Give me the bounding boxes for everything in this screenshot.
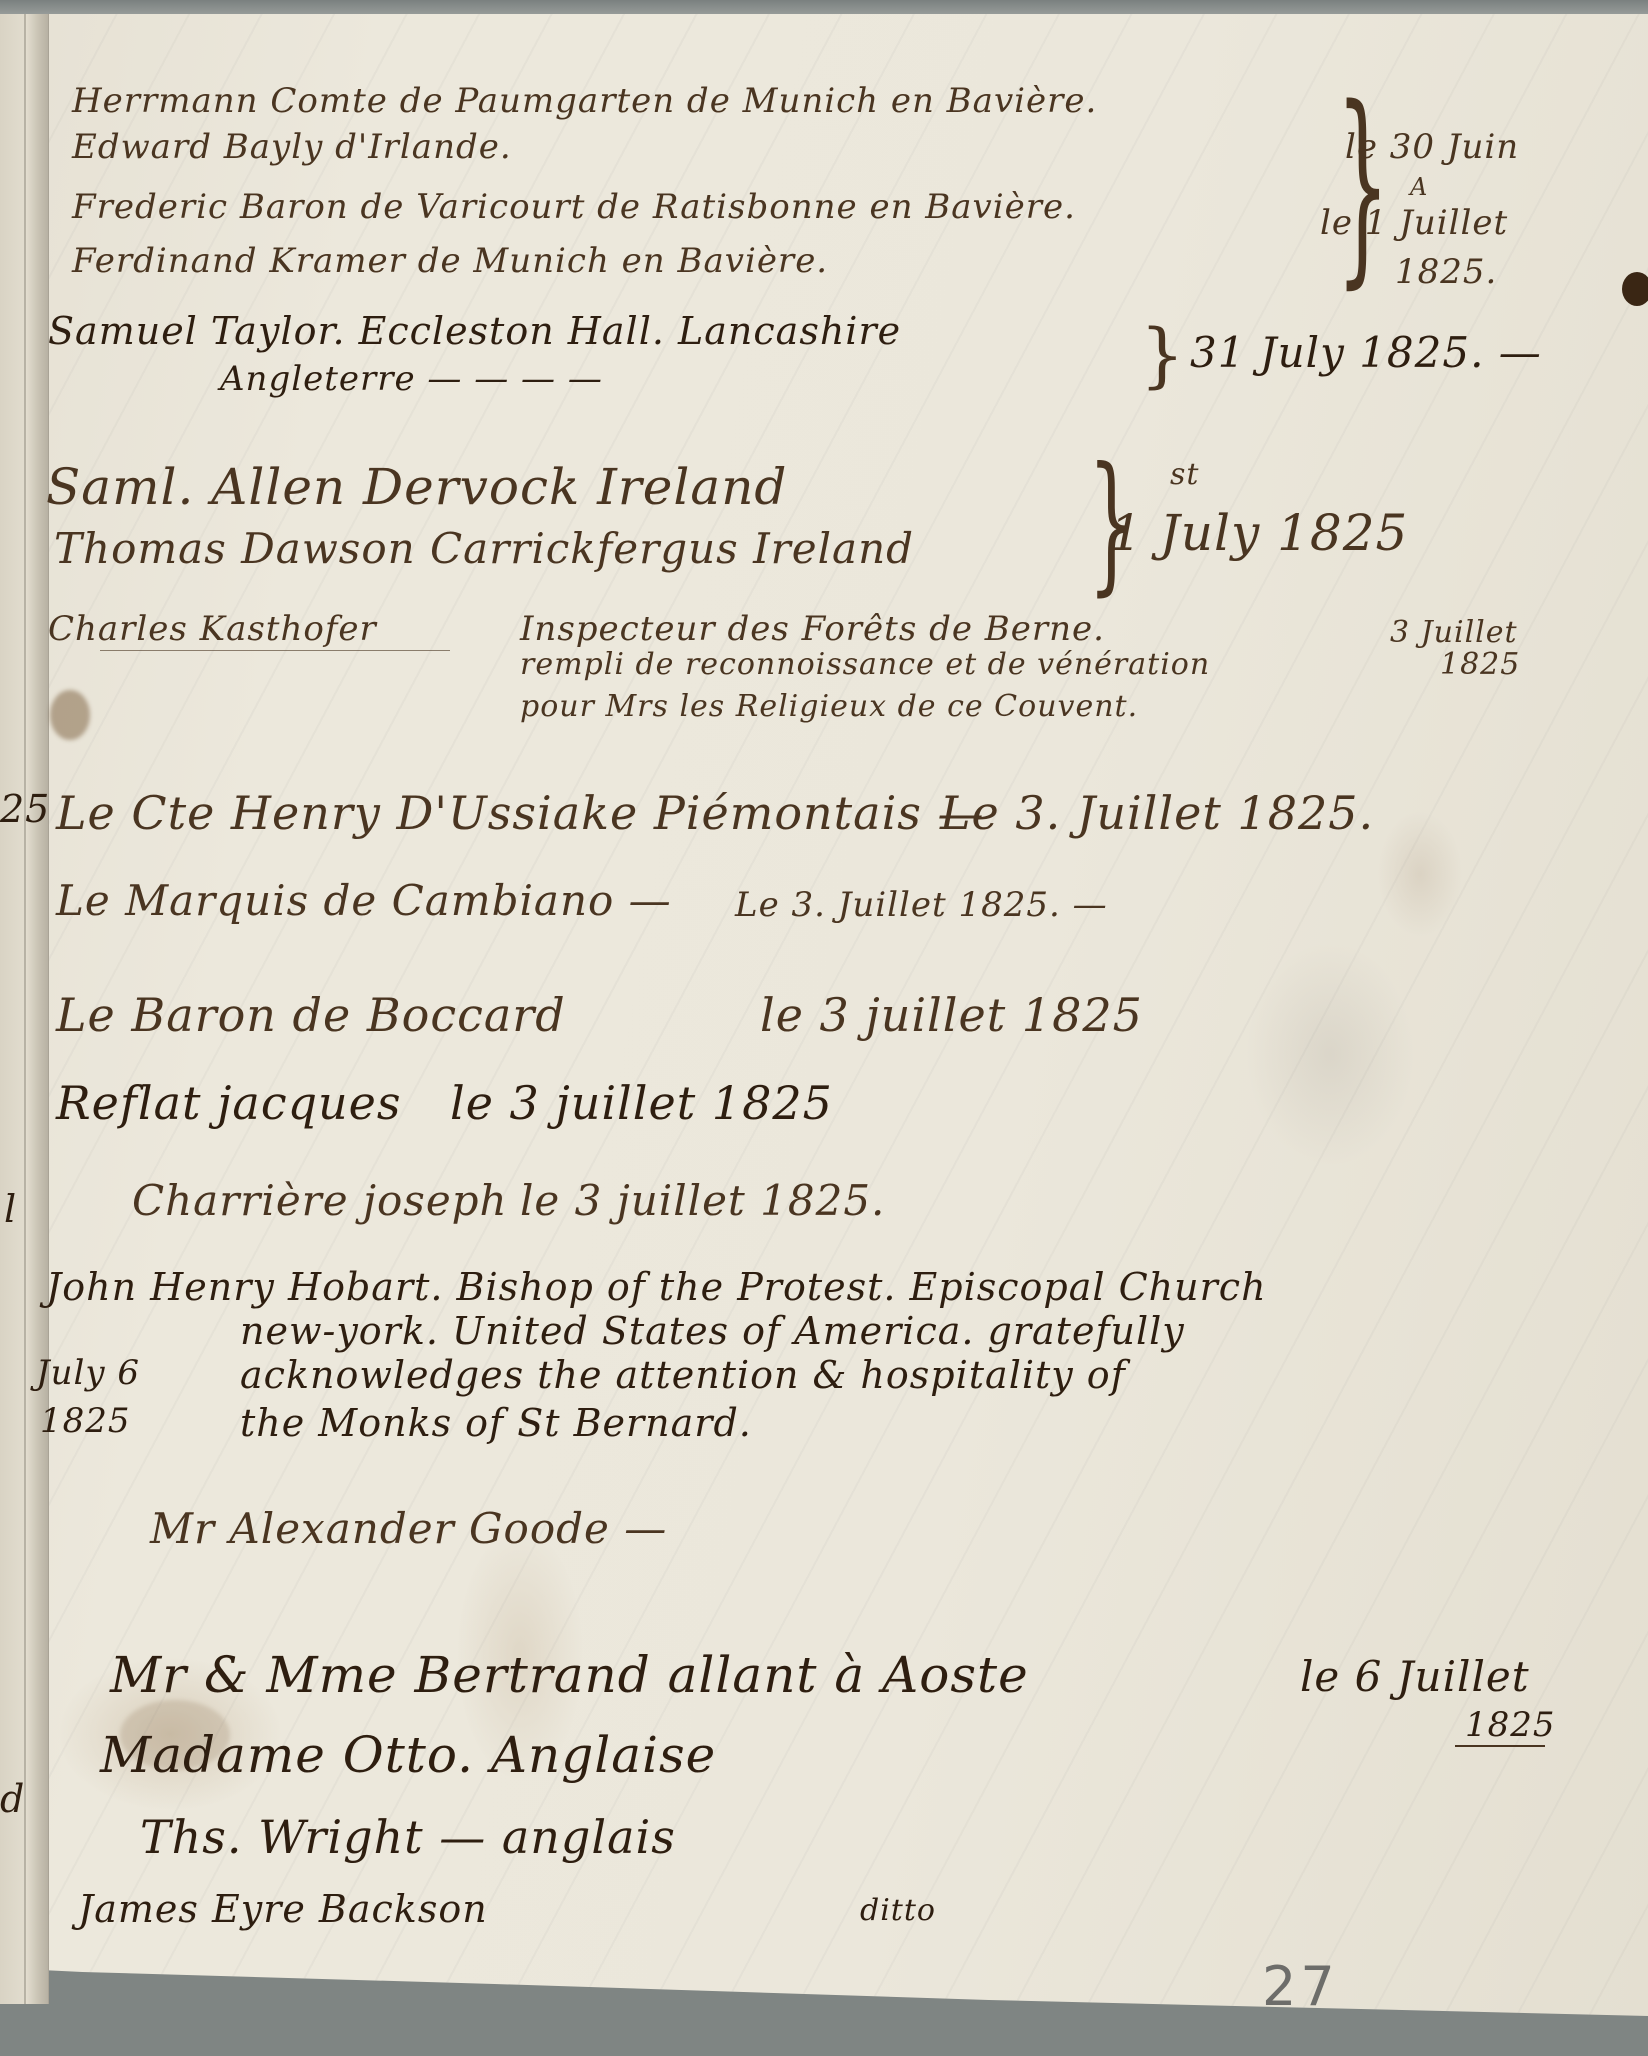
ink-stain — [50, 690, 90, 740]
entry-line: Inspecteur des Forêts de Berne. — [520, 612, 1105, 646]
entry-date: Le 3. Juillet 1825. — — [735, 888, 1108, 922]
entry-line: Mr & Mme Bertrand allant à Aoste — [110, 1650, 1029, 1700]
entry-date-suffix: st — [1170, 460, 1199, 490]
entry-line: Saml. Allen Dervock Ireland — [46, 462, 787, 512]
underline — [100, 650, 450, 651]
entry-line: Herrmann Comte de Paumgarten de Munich e… — [72, 84, 1097, 118]
entry-line: Le Baron de Boccard — [56, 992, 566, 1038]
entry-line: Charrière joseph — [132, 1180, 508, 1222]
entry-date: le 3 juillet 1825 — [450, 1080, 833, 1126]
bracket-glyph: } — [1140, 320, 1185, 390]
entry-date: le 30 Juin — [1345, 130, 1519, 164]
entry-line: Mr Alexander Goode — — [150, 1508, 667, 1550]
entry-line: Reflat jacques — [56, 1080, 401, 1126]
entry-line: Thomas Dawson Carrickfergus Ireland — [54, 528, 914, 570]
entry-line: James Eyre Backson — [78, 1890, 488, 1928]
entry-date: le 6 Juillet — [1300, 1656, 1530, 1698]
binding-fold-line — [24, 14, 26, 2004]
entry-date: 1825 — [1440, 650, 1520, 680]
entry-date: 1 July 1825 — [1110, 508, 1408, 558]
margin-date: 1825 — [40, 1404, 131, 1438]
entry-line: Angleterre — — — — — [220, 362, 603, 396]
entry-line: pour Mrs les Religieux de ce Couvent. — [520, 692, 1138, 722]
entry-line: Madame Otto. Anglaise — [100, 1730, 716, 1780]
entry-line: acknowledges the attention & hospitality… — [240, 1356, 1126, 1394]
entry-line: Edward Bayly d'Irlande. — [72, 130, 512, 164]
entry-date: A — [1410, 175, 1428, 199]
facing-page-fragment: d — [0, 1780, 25, 1818]
entry-line: the Monks of St Bernard. — [240, 1404, 752, 1442]
entry-line: Frederic Baron de Varicourt de Ratisbonn… — [72, 190, 1076, 224]
entry-date: 1825 — [1465, 1708, 1556, 1742]
entry-date: 1825. — [1395, 255, 1497, 289]
ditto-mark: ditto — [860, 1896, 936, 1926]
margin-date: July 6 — [36, 1356, 140, 1390]
bracket-glyph: } — [1336, 80, 1389, 290]
underline — [1455, 1745, 1545, 1747]
entry-line: Samuel Taylor. Eccleston Hall. Lancashir… — [48, 312, 901, 350]
entry-line: new-york. United States of America. grat… — [240, 1312, 1185, 1350]
entry-line: Ths. Wright — anglais — [140, 1814, 676, 1860]
entry-date: 3 Juillet — [1390, 618, 1518, 648]
entry-date: 31 July 1825. — — [1190, 332, 1542, 374]
entry-date: le 3 juillet 1825. — [520, 1180, 885, 1222]
facing-page-fragment: l — [4, 1190, 17, 1228]
entry-date: Le 3. Juillet 1825. — [940, 790, 1374, 836]
facing-page-fragment: 25 — [0, 790, 50, 828]
entry-date: le 1 Juillet — [1320, 206, 1508, 240]
entry-line: John Henry Hobart. Bishop of the Protest… — [46, 1268, 1267, 1306]
entry-line: rempli de reconnoissance et de vénératio… — [520, 650, 1210, 680]
ink-blot — [1622, 272, 1648, 306]
entry-line: Le Cte Henry D'Ussiake Piémontais — — [56, 790, 985, 836]
signer-name: Charles Kasthofer — [48, 612, 377, 646]
entry-line: Le Marquis de Cambiano — — [56, 880, 672, 922]
page-number: 27 — [1262, 1955, 1339, 2018]
entry-date: le 3 juillet 1825 — [760, 992, 1143, 1038]
entry-line: Ferdinand Kramer de Munich en Bavière. — [72, 244, 828, 278]
